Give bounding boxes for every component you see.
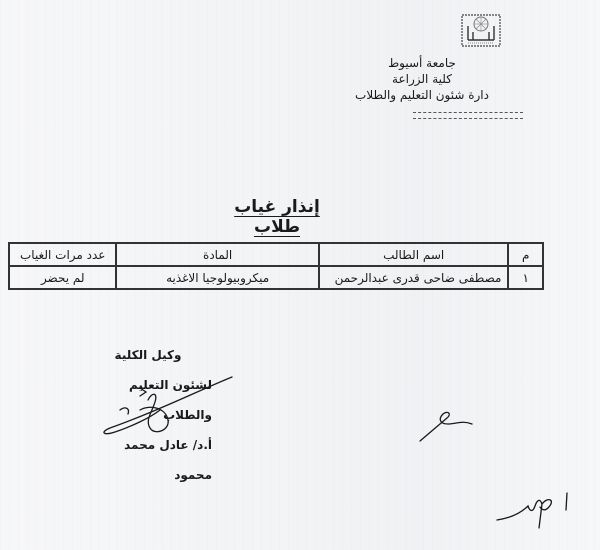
cell-number: ١ bbox=[508, 266, 543, 289]
signatory-block: وكيل الكلية لشئون التعليم والطلاب أ.د/ ع… bbox=[92, 340, 212, 490]
header-number: م bbox=[508, 243, 543, 266]
header-student-name: اسم الطالب bbox=[319, 243, 509, 266]
signatory-name: أ.د/ عادل محمد محمود bbox=[92, 430, 212, 490]
faculty-name: كلية الزراعة bbox=[322, 71, 522, 87]
university-name: جامعة أسيوط bbox=[322, 55, 522, 71]
department-name: دارة شئون التعليم والطلاب bbox=[322, 87, 522, 103]
signatory-department: لشئون التعليم والطلاب bbox=[92, 370, 212, 430]
header-absence-count: عدد مرات الغياب bbox=[9, 243, 116, 266]
cell-subject: ميكروبيولوجيا الاغذيه bbox=[116, 266, 318, 289]
cell-student-name: مصطفى ضاحى قدرى عبدالرحمن bbox=[319, 266, 509, 289]
table-header-row: م اسم الطالب المادة عدد مرات الغياب bbox=[9, 243, 543, 266]
cell-absence-count: لم يحضر bbox=[9, 266, 116, 289]
table-row: ١ مصطفى ضاحى قدرى عبدالرحمن ميكروبيولوجي… bbox=[9, 266, 543, 289]
absence-table: م اسم الطالب المادة عدد مرات الغياب ١ مص… bbox=[8, 242, 544, 290]
assiut-university-logo-icon bbox=[460, 12, 502, 48]
document-title: إنذار غياب طلاب bbox=[218, 197, 336, 237]
header-subject: المادة bbox=[116, 243, 318, 266]
header-divider bbox=[413, 112, 523, 119]
institution-header: جامعة أسيوط كلية الزراعة دارة شئون التعل… bbox=[322, 55, 522, 103]
signatory-title: وكيل الكلية bbox=[92, 340, 212, 370]
